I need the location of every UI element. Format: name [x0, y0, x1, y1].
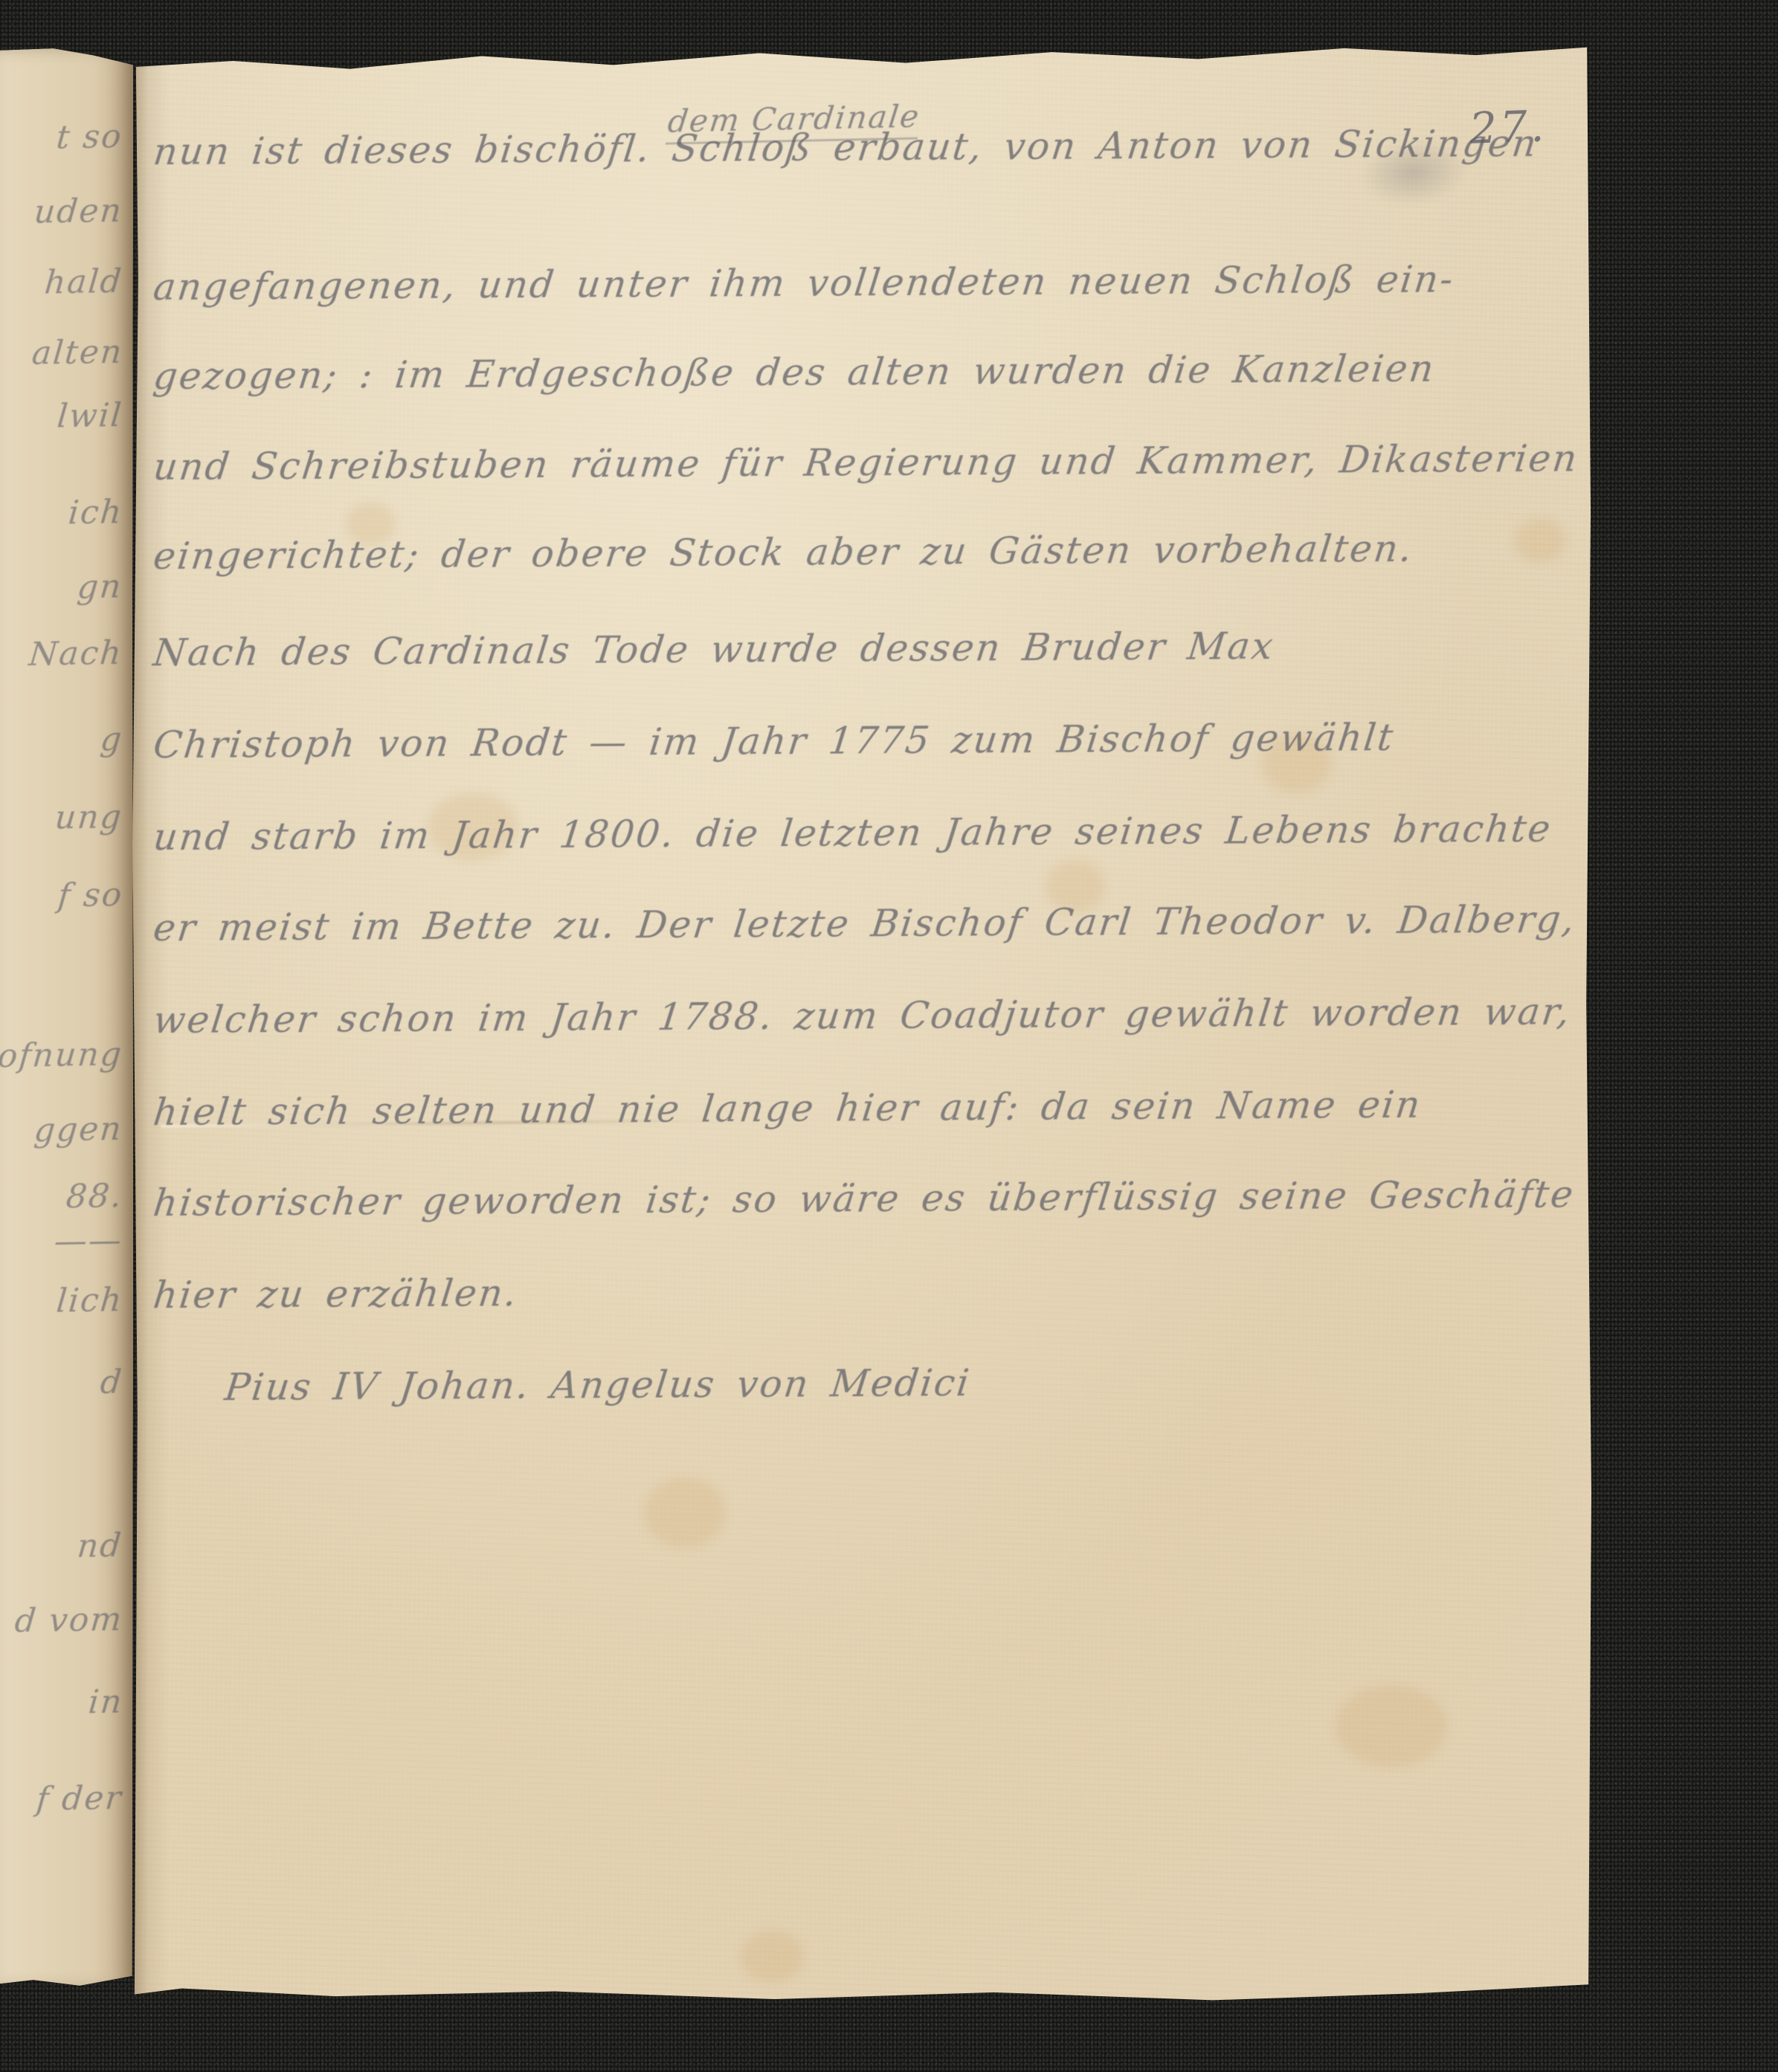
text-line: historischer geworden ist; so wäre es üb… — [151, 1172, 1577, 1224]
text-line: Nach des Cardinals Tode wurde dessen Bru… — [151, 624, 1277, 674]
text-line: Pius IV Johan. Angelus von Medici — [222, 1361, 973, 1409]
text-line: angefangenen, und unter ihm vollendeten … — [151, 257, 1457, 309]
margin-fragment: gn — [76, 567, 124, 606]
margin-fragment: f der — [35, 1779, 124, 1818]
text-line: gezogen; : im Erdgeschoße des alten wurd… — [151, 346, 1437, 398]
margin-fragment: d vom — [13, 1601, 125, 1641]
text-line: welcher schon im Jahr 1788. zum Coadjuto… — [151, 990, 1574, 1042]
margin-fragment: uden — [33, 192, 124, 231]
margin-fragment: d — [99, 1363, 125, 1402]
facing-page-edge: t soudenhaldaltenlwilichgnNachgungf soof… — [0, 48, 133, 1989]
text-line: und Schreibstuben räume für Regierung un… — [151, 436, 1581, 488]
margin-fragment: nd — [76, 1526, 124, 1565]
margin-fragment: Nach — [28, 634, 124, 674]
text-line: Christoph von Rodt — im Jahr 1775 zum Bi… — [151, 716, 1397, 766]
foxing-stain — [1336, 1685, 1447, 1767]
margin-fragment: lich — [55, 1281, 125, 1320]
margin-fragment: —— — [53, 1221, 124, 1261]
margin-fragment: hald — [43, 262, 124, 302]
foxing-stain — [644, 1477, 726, 1548]
text-line: nun ist dieses bischöfl. Schloß erbaut, … — [151, 122, 1540, 173]
margin-fragment: lwil — [56, 396, 124, 436]
margin-fragment: ofnung — [0, 1035, 124, 1075]
margin-fragment: in — [86, 1683, 124, 1722]
margin-fragment: ggen — [33, 1110, 124, 1149]
text-line: eingerichtet; der obere Stock aber zu Gä… — [151, 527, 1416, 578]
text-line: er meist im Bette zu. Der letzte Bischof… — [151, 897, 1578, 949]
text-line: und starb im Jahr 1800. die letzten Jahr… — [151, 807, 1554, 859]
text-line: hier zu erzählen. — [151, 1271, 521, 1317]
foxing-stain — [1514, 518, 1566, 563]
margin-fragment: ung — [54, 798, 124, 837]
margin-fragment: f so — [56, 876, 124, 915]
foxing-stain — [741, 1931, 804, 1983]
manuscript-page: 27. dem Cardinale nun ist dieses bischöf… — [131, 42, 1593, 2002]
text-line: hielt sich selten und nie lange hier auf… — [151, 1083, 1424, 1134]
margin-fragment: t so — [55, 117, 124, 157]
margin-fragment: ich — [67, 493, 125, 532]
margin-fragment: 88. — [65, 1177, 124, 1216]
scan-background: t soudenhaldaltenlwilichgnNachgungf soof… — [0, 0, 1778, 2072]
margin-fragment: g — [99, 720, 125, 759]
margin-fragment: alten — [30, 333, 124, 372]
